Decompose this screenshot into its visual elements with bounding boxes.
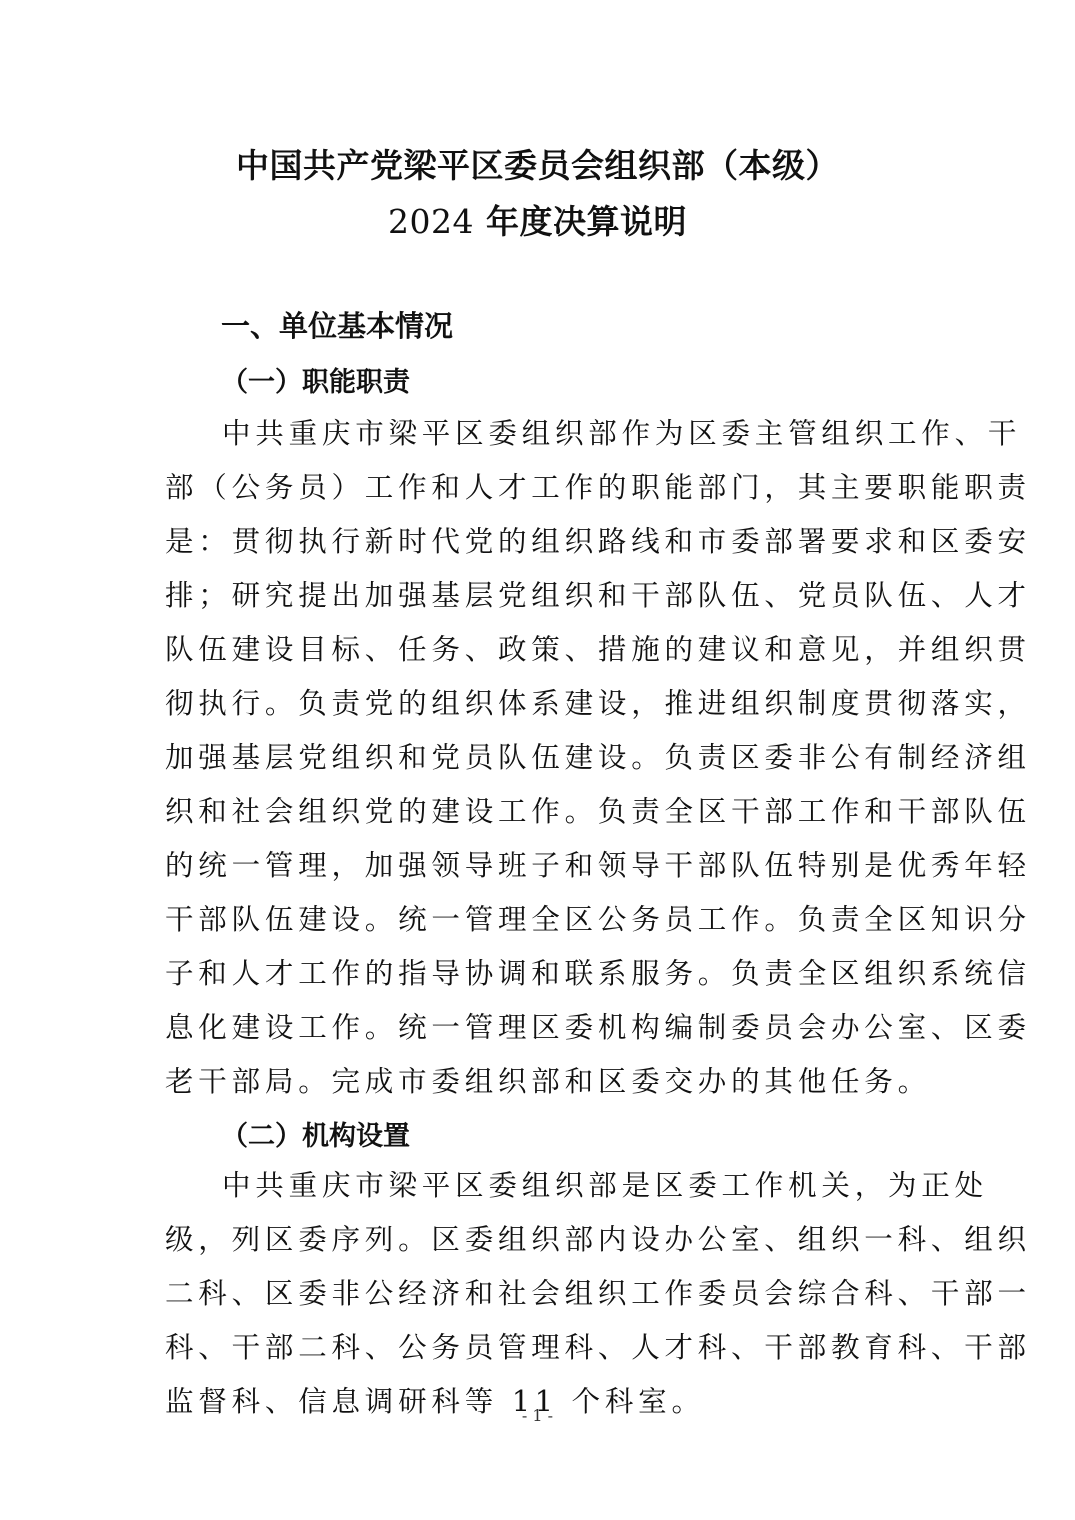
paragraph-line: 老干部局。完成市委组织部和区委交办的其他任务。 (165, 1062, 915, 1102)
document-title-line1: 中国共产党梁平区委员会组织部（本级） (0, 140, 1075, 187)
paragraph-line: 息化建设工作。统一管理区委机构编制委员会办公室、区委 (165, 1008, 915, 1048)
page-number: - 1 - (0, 1406, 1075, 1425)
title-year: 2024 (388, 202, 474, 241)
document-title-line2: 2024 年度决算说明 (0, 196, 1075, 243)
paragraph-line: 彻执行。负责党的组织体系建设，推进组织制度贯彻落实， (165, 684, 915, 724)
paragraph-line: 的统一管理，加强领导班子和领导干部队伍特别是优秀年轻 (165, 846, 915, 886)
paragraph-line: 部（公务员）工作和人才工作的职能部门，其主要职能职责 (165, 468, 915, 508)
paragraph-line: 科、干部二科、公务员管理科、人才科、干部教育科、干部 (165, 1328, 915, 1368)
paragraph-line: 加强基层党组织和党员队伍建设。负责区委非公有制经济组 (165, 738, 915, 778)
paragraph-line: 干部队伍建设。统一管理全区公务员工作。负责全区知识分 (165, 900, 915, 940)
paragraph-line: 中共重庆市梁平区委组织部是区委工作机关，为正处 (222, 1166, 972, 1206)
paragraph-line: 是：贯彻执行新时代党的组织路线和市委部署要求和区委安 (165, 522, 915, 562)
paragraph-line: 中共重庆市梁平区委组织部作为区委主管组织工作、干 (222, 414, 972, 454)
paragraph-line: 排；研究提出加强基层党组织和干部队伍、党员队伍、人才 (165, 576, 915, 616)
paragraph-line: 织和社会组织党的建设工作。负责全区干部工作和干部队伍 (165, 792, 915, 832)
paragraph-line: 二科、区委非公经济和社会组织工作委员会综合科、干部一 (165, 1274, 915, 1314)
paragraph-line: 队伍建设目标、任务、政策、措施的建议和意见，并组织贯 (165, 630, 915, 670)
title-subtitle: 年度决算说明 (474, 202, 687, 241)
paragraph-line: 子和人才工作的指导协调和联系服务。负责全区组织系统信 (165, 954, 915, 994)
subsection-heading-functions: （一）职能职责 (221, 360, 410, 399)
subsection-heading-organization: （二）机构设置 (221, 1114, 410, 1153)
section-heading-basic-info: 一、单位基本情况 (221, 304, 453, 345)
paragraph-line: 级，列区委序列。区委组织部内设办公室、组织一科、组织 (165, 1220, 915, 1260)
